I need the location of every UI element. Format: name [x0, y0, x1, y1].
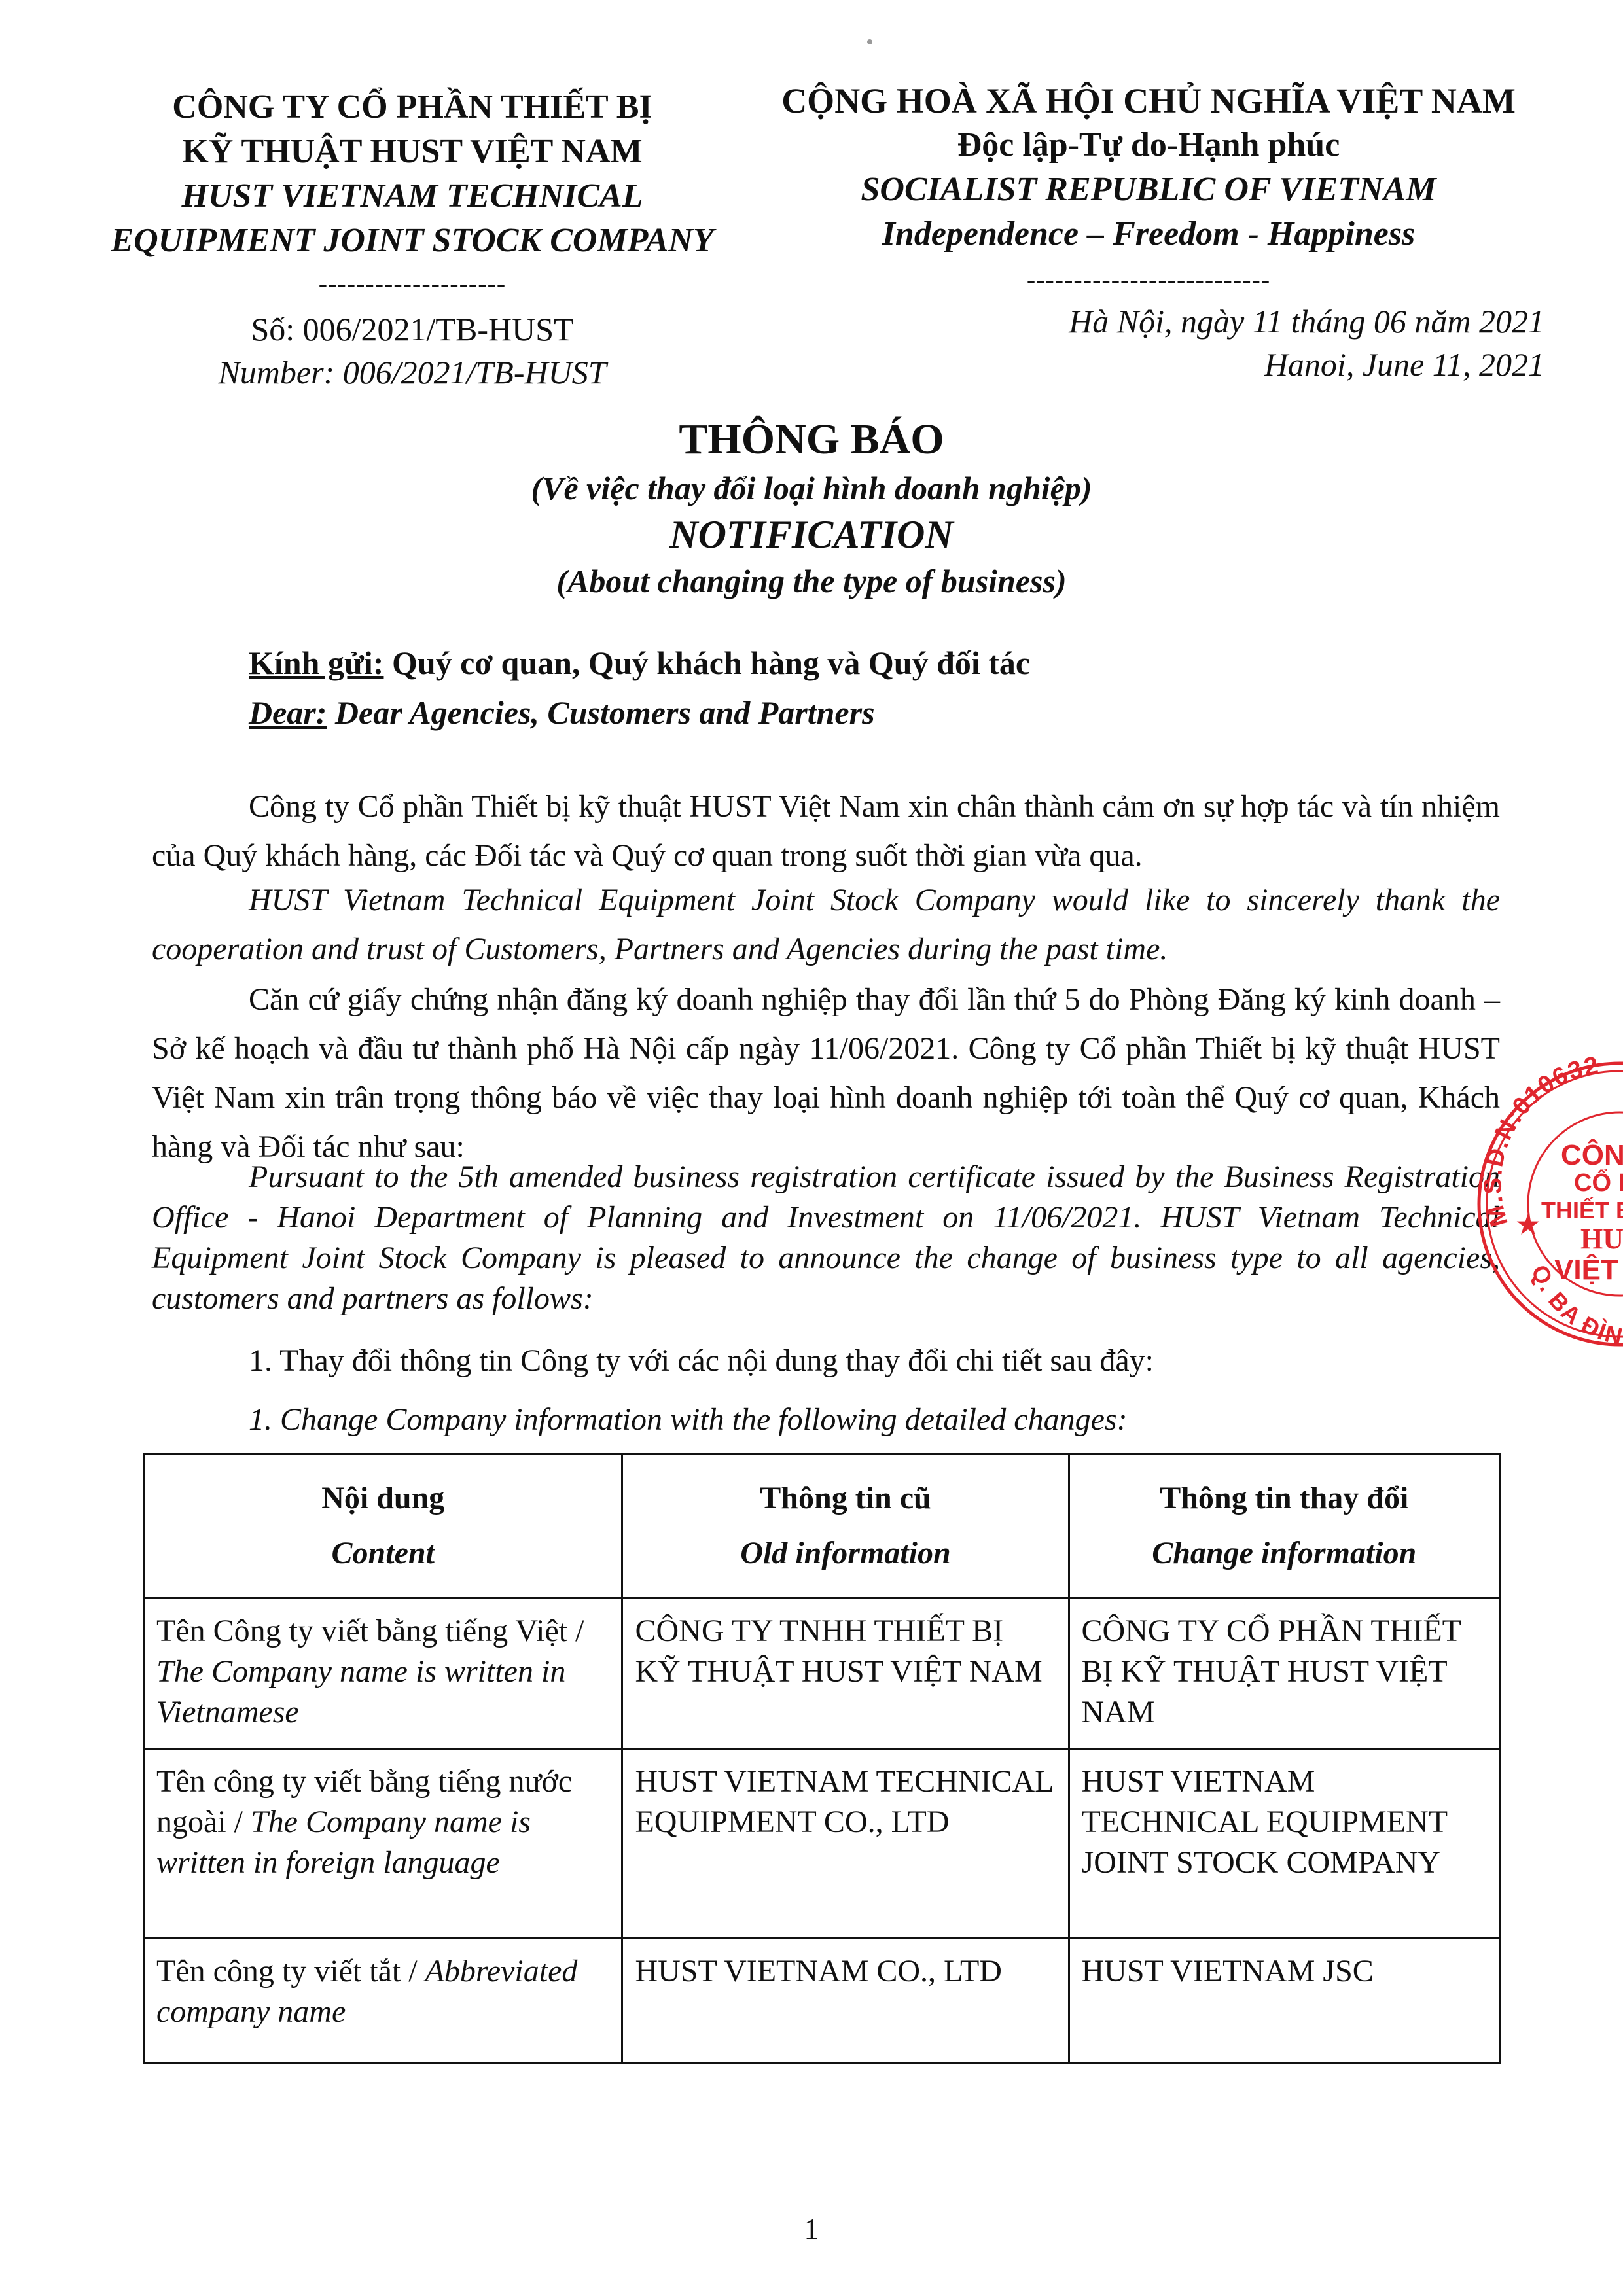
- greeting-text-vi: Quý cơ quan, Quý khách hàng và Quý đối t…: [383, 645, 1030, 681]
- page-number: 1: [0, 2212, 1623, 2246]
- cell-new: HUST VIETNAM TECHNICAL EQUIPMENT JOINT S…: [1069, 1749, 1499, 1939]
- document-number-en: Number: 006/2021/TB-HUST: [85, 351, 740, 394]
- cell-old: HUST VIETNAM TECHNICAL EQUIPMENT CO., LT…: [622, 1749, 1069, 1939]
- company-header: CÔNG TY CỔ PHẦN THIẾT BỊ KỸ THUẬT HUST V…: [85, 85, 740, 394]
- date-en: Hanoi, June 11, 2021: [1264, 343, 1544, 386]
- company-changes-table: Nội dungContent Thông tin cũOld informat…: [143, 1453, 1501, 2064]
- stamp-line-3: THIẾT BỊ K: [1541, 1197, 1623, 1224]
- greeting-label-vi: Kính gửi:: [249, 645, 383, 681]
- header-change-info: Thông tin thay đổiChange information: [1069, 1454, 1499, 1598]
- paragraph-text: Pursuant to the 5th amended business reg…: [152, 1157, 1500, 1319]
- divider: --------------------: [85, 270, 740, 298]
- table-row: Tên công ty viết bằng tiếng nước ngoài /…: [144, 1749, 1500, 1939]
- table-row: Tên Công ty viết bằng tiếng Việt / The C…: [144, 1598, 1500, 1749]
- stamp-line-4: HUS: [1580, 1223, 1623, 1255]
- paragraph-text: HUST Vietnam Technical Equipment Joint S…: [152, 875, 1500, 974]
- cell-old: CÔNG TY TNHH THIẾT BỊ KỸ THUẬT HUST VIỆT…: [622, 1598, 1069, 1749]
- stamp-line-2: CỔ PH: [1574, 1167, 1623, 1197]
- subtitle-en: (About changing the type of business): [0, 560, 1623, 602]
- cell-content: Tên công ty viết tắt / Abbreviated compa…: [144, 1939, 622, 2063]
- paragraph-text: Căn cứ giấy chứng nhận đăng ký doanh ngh…: [152, 975, 1500, 1171]
- cell-content: Tên Công ty viết bằng tiếng Việt / The C…: [144, 1598, 622, 1749]
- country-name-vi: CỘNG HOÀ XÃ HỘI CHỦ NGHĨA VIỆT NAM: [753, 79, 1544, 123]
- greeting-label-en: Dear:: [249, 694, 327, 731]
- cell-content: Tên công ty viết bằng tiếng nước ngoài /…: [144, 1749, 622, 1939]
- title-en: NOTIFICATION: [0, 509, 1623, 560]
- company-name-vi-1: CÔNG TY CỔ PHẦN THIẾT BỊ: [85, 85, 740, 130]
- cell-new: CÔNG TY CỔ PHẦN THIẾT BỊ KỸ THUẬT HUST V…: [1069, 1598, 1499, 1749]
- document-number-vi: Số: 006/2021/TB-HUST: [85, 308, 740, 351]
- national-header: CỘNG HOÀ XÃ HỘI CHỦ NGHĨA VIỆT NAM Độc l…: [753, 79, 1544, 391]
- divider: --------------------------: [753, 266, 1544, 294]
- motto-vi: Độc lập-Tự do-Hạnh phúc: [753, 123, 1544, 168]
- paragraph-basis-en: Pursuant to the 5th amended business reg…: [152, 1157, 1500, 1319]
- company-name-en-1: HUST VIETNAM TECHNICAL: [85, 174, 740, 219]
- date-vi: Hà Nội, ngày 11 tháng 06 năm 2021: [1069, 300, 1544, 343]
- star-icon: ★: [1516, 1210, 1540, 1239]
- paragraph-thanks-vi: Công ty Cổ phần Thiết bị kỹ thuật HUST V…: [152, 782, 1500, 880]
- table-row: Tên công ty viết tắt / Abbreviated compa…: [144, 1939, 1500, 2063]
- paragraph-text: Công ty Cổ phần Thiết bị kỹ thuật HUST V…: [152, 782, 1500, 880]
- table-header-row: Nội dungContent Thông tin cũOld informat…: [144, 1454, 1500, 1598]
- list-item-1-en: 1. Change Company information with the f…: [249, 1394, 1128, 1446]
- subtitle-vi: (Về việc thay đổi loại hình doanh nghiệp…: [0, 467, 1623, 509]
- list-item-1-vi: 1. Thay đổi thông tin Công ty với các nộ…: [249, 1335, 1154, 1387]
- company-name-en-2: EQUIPMENT JOINT STOCK COMPANY: [85, 219, 740, 263]
- cell-new: HUST VIETNAM JSC: [1069, 1939, 1499, 2063]
- stamp-district: Q. BA ĐÌNH -: [1526, 1261, 1623, 1351]
- stamp-line-1: CÔNG: [1561, 1138, 1623, 1171]
- svg-text:Q. BA ĐÌNH -: Q. BA ĐÌNH -: [1526, 1261, 1623, 1351]
- stamp-line-5: VIỆT N: [1554, 1253, 1623, 1286]
- greeting: Kính gửi: Quý cơ quan, Quý khách hàng và…: [249, 638, 1030, 737]
- paragraph-basis-vi: Căn cứ giấy chứng nhận đăng ký doanh ngh…: [152, 975, 1500, 1171]
- motto-en: Independence – Freedom - Happiness: [753, 212, 1544, 256]
- title-vi: THÔNG BÁO: [0, 412, 1623, 467]
- country-name-en: SOCIALIST REPUBLIC OF VIETNAM: [753, 168, 1544, 212]
- document-title: THÔNG BÁO (Về việc thay đổi loại hình do…: [0, 412, 1623, 602]
- company-name-vi-2: KỸ THUẬT HUST VIỆT NAM: [85, 130, 740, 174]
- scan-speck: [867, 39, 872, 44]
- header-old-info: Thông tin cũOld information: [622, 1454, 1069, 1598]
- cell-old: HUST VIETNAM CO., LTD: [622, 1939, 1069, 2063]
- header-content: Nội dungContent: [144, 1454, 622, 1598]
- paragraph-thanks-en: HUST Vietnam Technical Equipment Joint S…: [152, 875, 1500, 974]
- greeting-text-en: Dear Agencies, Customers and Partners: [327, 694, 874, 731]
